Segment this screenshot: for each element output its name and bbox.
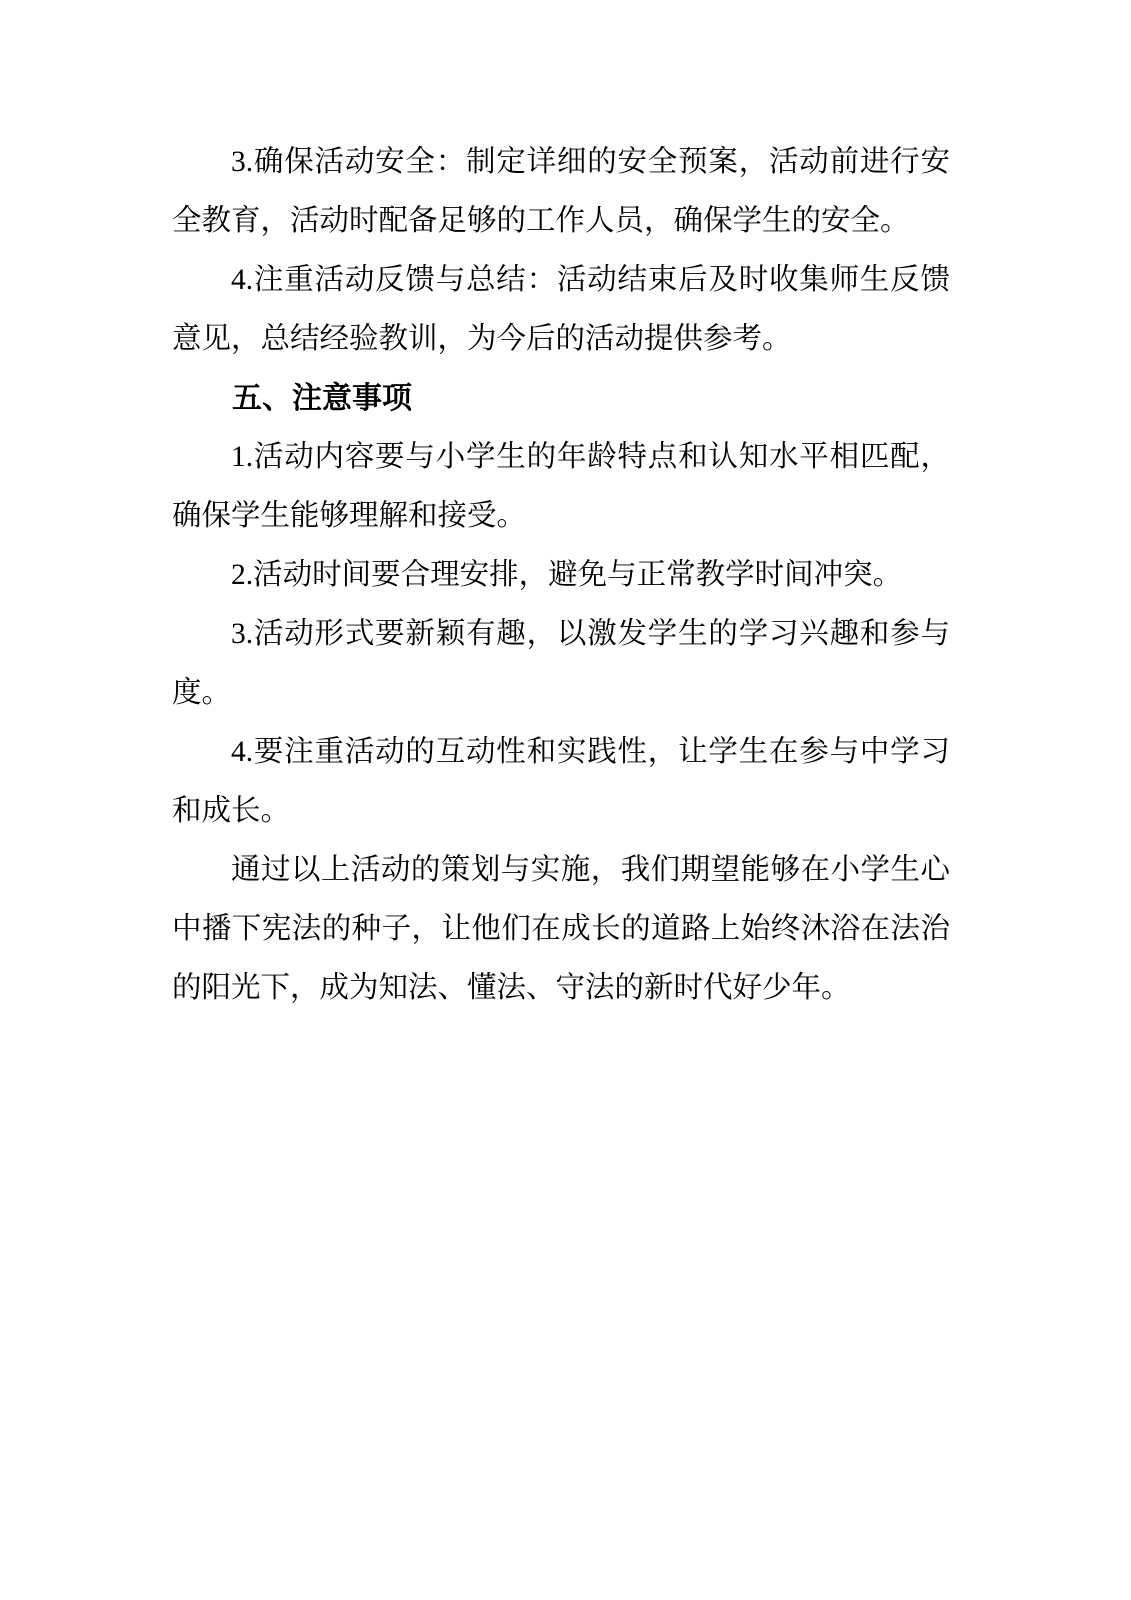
body-paragraph-note-4: 4.要注重活动的互动性和实践性，让学生在参与中学习和成长。 [172, 723, 950, 841]
document-page: 3.确保活动安全：制定详细的安全预案，活动前进行安全教育，活动时配备足够的工作人… [0, 0, 1131, 1600]
body-paragraph-safety: 3.确保活动安全：制定详细的安全预案，活动前进行安全教育，活动时配备足够的工作人… [172, 133, 950, 251]
body-paragraph-note-1: 1.活动内容要与小学生的年龄特点和认知水平相匹配，确保学生能够理解和接受。 [172, 428, 950, 546]
body-paragraph-feedback: 4.注重活动反馈与总结：活动结束后及时收集师生反馈意见，总结经验教训，为今后的活… [172, 251, 950, 369]
body-paragraph-conclusion: 通过以上活动的策划与实施，我们期望能够在小学生心中播下宪法的种子，让他们在成长的… [172, 841, 950, 1018]
section-heading-notes: 五、注意事项 [172, 369, 950, 428]
document-text-block: 3.确保活动安全：制定详细的安全预案，活动前进行安全教育，活动时配备足够的工作人… [172, 133, 950, 1018]
body-paragraph-note-3: 3.活动形式要新颖有趣，以激发学生的学习兴趣和参与度。 [172, 605, 950, 723]
body-paragraph-note-2: 2.活动时间要合理安排，避免与正常教学时间冲突。 [172, 546, 950, 605]
